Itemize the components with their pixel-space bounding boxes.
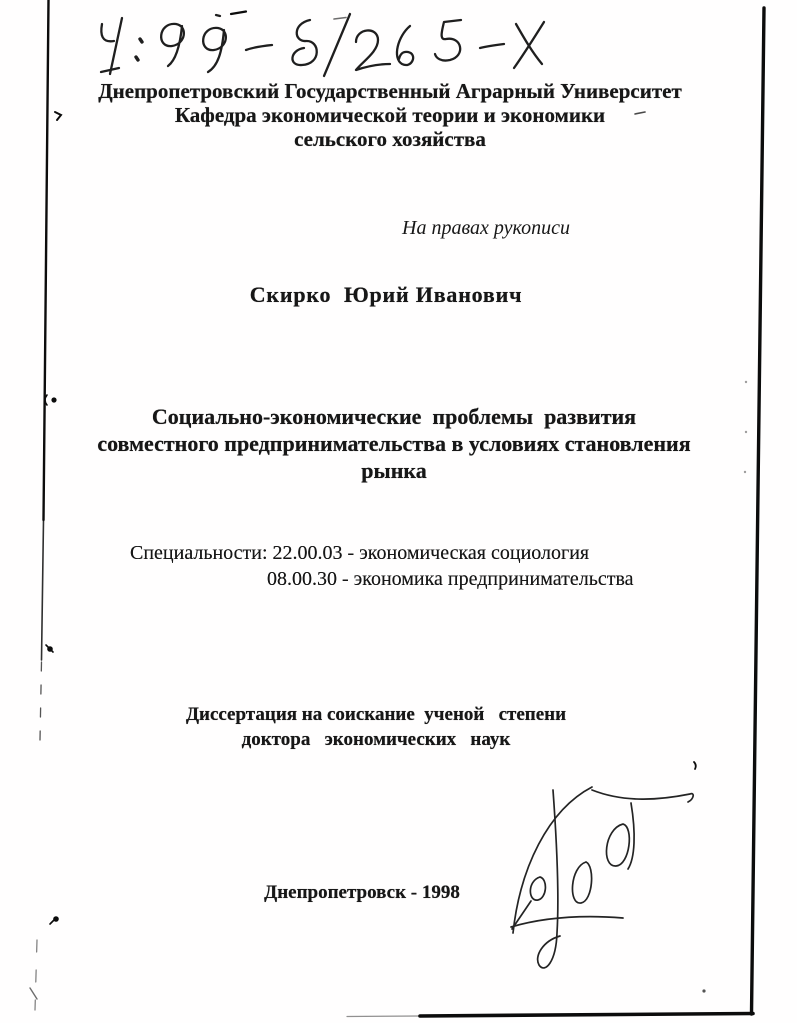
- ink-speck: [694, 762, 696, 769]
- left-edge-line-dashes: [40, 662, 42, 740]
- ink-speck: [231, 12, 246, 15]
- dissertation-title-page: Днепропетровский Государственный Аграрны…: [0, 0, 797, 1023]
- ink-speck: [45, 395, 47, 405]
- ink-speck: [702, 989, 705, 992]
- ink-speck: [744, 471, 746, 473]
- ink-speck: [55, 112, 61, 120]
- left-edge-line-fade: [42, 520, 44, 660]
- bottom-edge-line: [420, 1014, 753, 1017]
- ink-speck: [745, 381, 747, 383]
- right-edge-line: [752, 8, 765, 1014]
- ink-speck: [30, 988, 37, 999]
- scan-artifacts: [0, 0, 797, 1023]
- ink-speck: [635, 112, 645, 114]
- ink-speck: [51, 397, 56, 402]
- ink-speck: [745, 431, 747, 433]
- bottom-edge-line-fade: [347, 1016, 420, 1017]
- left-edge-line: [44, 0, 49, 520]
- ink-speck: [334, 18, 346, 20]
